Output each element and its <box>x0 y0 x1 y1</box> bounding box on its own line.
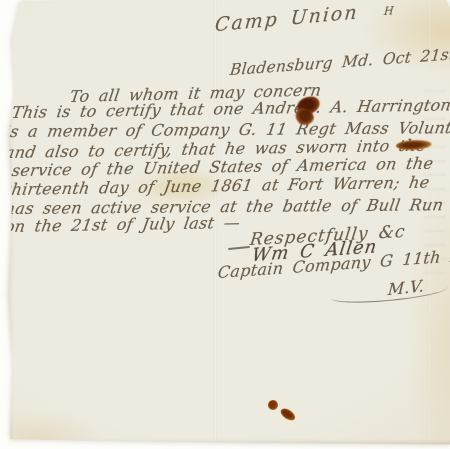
paper-edge-shadow <box>9 439 450 445</box>
docket-line: Camp Union <box>214 1 359 36</box>
docket-mark: H <box>383 4 394 18</box>
paper-sheet: Camp Union H Bladensburg Md. Oct 21st/61… <box>0 0 450 449</box>
dateline: Bladensburg Md. Oct 21st/61 <box>229 43 450 79</box>
pen-stroke <box>228 246 250 250</box>
rust-stain <box>268 400 278 410</box>
rust-stain <box>279 406 297 422</box>
rust-stain <box>396 139 432 151</box>
paper-wrapper: Camp Union H Bladensburg Md. Oct 21st/61… <box>0 0 450 449</box>
scanned-document: Camp Union H Bladensburg Md. Oct 21st/61… <box>0 0 450 449</box>
fold-crease-vertical <box>428 0 431 443</box>
body-line: on the 21st of July last — <box>3 213 241 236</box>
signature-unit: M.V. <box>387 276 425 299</box>
